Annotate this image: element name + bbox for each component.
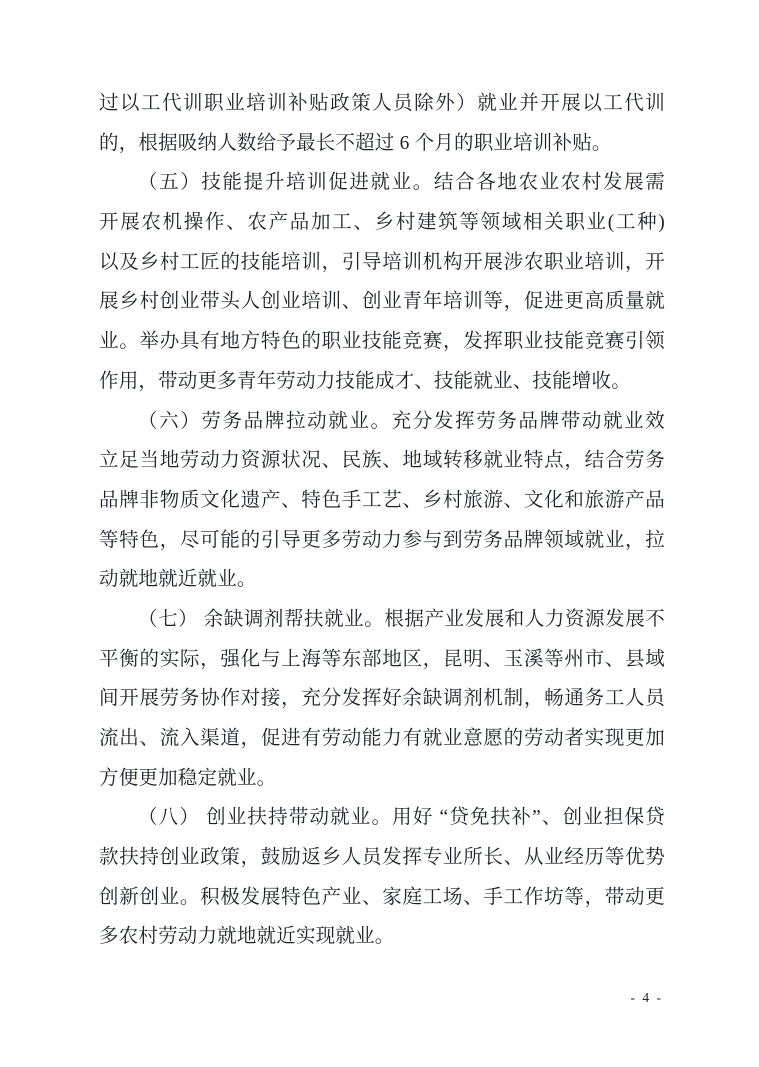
body-text: 业。举办具有地方特色的职业技能竞赛，发挥职业技能竞赛引领 <box>99 331 665 352</box>
text-line: 以及乡村工匠的技能培训，引导培训机构开展涉农职业培训，开 <box>99 243 665 283</box>
body-text: 多农村劳动力就地就近实现就业。 <box>99 926 395 947</box>
text-line: 动就地就近就业。 <box>99 560 665 600</box>
text-line: 立足当地劳动力资源状况、民族、地域转移就业特点，结合劳务 <box>99 441 665 481</box>
text-line: 创新创业。积极发展特色产业、家庭工场、手工作坊等，带动更 <box>99 878 665 918</box>
text-line: 多农村劳动力就地就近实现就业。 <box>99 917 665 957</box>
text-line: （八） 创业扶持带动就业。用好 “贷免扶补”、创业担保贷 <box>99 798 665 838</box>
body-text: 以及乡村工匠的技能培训，引导培训机构开展涉农职业培训，开 <box>99 252 665 273</box>
text-line: 的，根据吸纳人数给予最长不超过 6 个月的职业培训补贴。 <box>99 124 665 164</box>
section-heading: （七） 余缺调剂帮扶就业。 <box>138 609 384 630</box>
body-text: 流出、流入渠道，促进有劳动能力有就业意愿的劳动者实现更加 <box>99 728 665 749</box>
text-line: 款扶持创业政策，鼓励返乡人员发挥专业所长、从业经历等优势 <box>99 838 665 878</box>
text-line: （五）技能提升培训促进就业。结合各地农业农村发展需要， <box>99 163 665 203</box>
body-text: 开展农机操作、农产品加工、乡村建筑等领域相关职业(工种) <box>99 212 665 233</box>
text-line: 等特色，尽可能的引导更多劳动力参与到劳务品牌领域就业，拉 <box>99 521 665 561</box>
body-text: 立足当地劳动力资源状况、民族、地域转移就业特点，结合劳务 <box>99 450 665 471</box>
body-text: 的，根据吸纳人数给予最长不超过 6 个月的职业培训补贴。 <box>99 133 612 154</box>
body-text: 动就地就近就业。 <box>99 569 257 590</box>
body-text: 品牌非物质文化遗产、特色手工艺、乡村旅游、文化和旅游产品 <box>99 490 665 511</box>
text-line: 展乡村创业带头人创业培训、创业青年培训等，促进更高质量就 <box>99 282 665 322</box>
body-text: 作用，带动更多青年劳动力技能成才、技能就业、技能增收。 <box>99 371 631 392</box>
text-line: 开展农机操作、农产品加工、乡村建筑等领域相关职业(工种) <box>99 203 665 243</box>
body-text: 根据产业发展和人力资源发展不 <box>384 609 665 630</box>
body-text: 用好 “贷免扶补”、创业担保贷 <box>392 807 665 828</box>
section-heading: （八） 创业扶持带动就业。 <box>138 807 392 828</box>
body-text: 间开展劳务协作对接，充分发挥好余缺调剂机制，畅通务工人员 <box>99 688 665 709</box>
section-heading: （五）技能提升培训促进就业。 <box>138 172 434 193</box>
document-page: 过以工代训职业培训补贴政策人员除外）就业并开展以工代训 的，根据吸纳人数给予最长… <box>0 0 759 1067</box>
body-text: 方便更加稳定就业。 <box>99 768 276 789</box>
text-line: 平衡的实际，强化与上海等东部地区，昆明、玉溪等州市、县域 <box>99 640 665 680</box>
text-line: 间开展劳务协作对接，充分发挥好余缺调剂机制，畅通务工人员 <box>99 679 665 719</box>
body-text: 款扶持创业政策，鼓励返乡人员发挥专业所长、从业经历等优势 <box>99 847 665 868</box>
text-line: （六）劳务品牌拉动就业。充分发挥劳务品牌带动就业效应， <box>99 402 665 442</box>
text-line: 方便更加稳定就业。 <box>99 759 665 799</box>
document-body: 过以工代训职业培训补贴政策人员除外）就业并开展以工代训 的，根据吸纳人数给予最长… <box>99 84 665 957</box>
text-line: 品牌非物质文化遗产、特色手工艺、乡村旅游、文化和旅游产品 <box>99 481 665 521</box>
page-number: - 4 - <box>631 990 664 1006</box>
body-text: 平衡的实际，强化与上海等东部地区，昆明、玉溪等州市、县域 <box>99 649 665 670</box>
body-text: 创新创业。积极发展特色产业、家庭工场、手工作坊等，带动更 <box>99 887 665 908</box>
section-heading: （六）劳务品牌拉动就业。 <box>138 411 392 432</box>
body-text: 展乡村创业带头人创业培训、创业青年培训等，促进更高质量就 <box>99 291 665 312</box>
text-line: 流出、流入渠道，促进有劳动能力有就业意愿的劳动者实现更加 <box>99 719 665 759</box>
text-line: 作用，带动更多青年劳动力技能成才、技能就业、技能增收。 <box>99 362 665 402</box>
body-text: 等特色，尽可能的引导更多劳动力参与到劳务品牌领域就业，拉 <box>99 530 665 551</box>
text-line: 业。举办具有地方特色的职业技能竞赛，发挥职业技能竞赛引领 <box>99 322 665 362</box>
body-text: 过以工代训职业培训补贴政策人员除外）就业并开展以工代训 <box>99 93 665 114</box>
text-line: （七） 余缺调剂帮扶就业。根据产业发展和人力资源发展不 <box>99 600 665 640</box>
text-line: 过以工代训职业培训补贴政策人员除外）就业并开展以工代训 <box>99 84 665 124</box>
